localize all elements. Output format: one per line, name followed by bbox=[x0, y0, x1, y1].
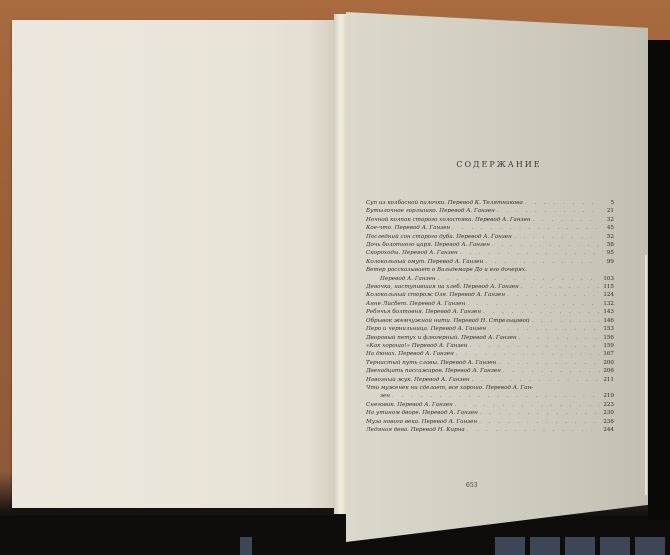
leader-dots: . . . . . . . . . . . . . . . . . . . . … bbox=[512, 233, 600, 241]
toc-entry-page: 230 bbox=[600, 409, 614, 417]
toc-entry: Суп из колбасной палочки. Перевод К. Тел… bbox=[366, 199, 614, 207]
toc-entry-title: Ночной колпак старого холостяка. Перевод… bbox=[366, 216, 531, 224]
toc-entry-page: 99 bbox=[600, 258, 614, 266]
toc-entry: Обрывок жемчужной нити. Перевод Н. Стрел… bbox=[366, 317, 614, 325]
toc-entry-title: Муза нового века. Перевод А. Ганзен bbox=[366, 418, 477, 426]
toc-entry: Что муженек ни сделает, все хорошо. Пере… bbox=[366, 384, 614, 392]
toc-entry-page: 236 bbox=[600, 418, 614, 426]
toc-entry: Ночной колпак старого холостяка. Перевод… bbox=[366, 216, 614, 224]
toc-entry: Колокольный сторож Оле. Перевод А. Ганзе… bbox=[366, 291, 614, 299]
leader-dots: . . . . . . . . . . . . . . . . . . . . … bbox=[501, 367, 600, 375]
leader-dots: . . . . . . . . . . . . . . . . . . . . … bbox=[483, 258, 600, 266]
leader-dots: . . . . . . . . . . . . . . . . . . . . … bbox=[470, 376, 600, 384]
toc-entry: Девочка, наступившая на хлеб. Перевод А.… bbox=[366, 283, 614, 291]
leader-dots: . . . . . . . . . . . . . . . . . . . . … bbox=[481, 308, 600, 316]
keyboard-key bbox=[495, 537, 525, 555]
leader-dots: . . . . . . . . . . . . . . . . . . . . … bbox=[450, 224, 600, 232]
toc-entry-title: Скороходы. Перевод А. Ганзен bbox=[366, 249, 458, 257]
toc-entry-title: На утином дворе. Перевод А. Ганзен bbox=[366, 409, 478, 417]
toc-entry: Перевод А. Ганзен . . . . . . . . . . . … bbox=[366, 275, 614, 283]
toc-title: СОДЕРЖАНИЕ bbox=[384, 160, 614, 169]
toc-entry: зен . . . . . . . . . . . . . . . . . . … bbox=[366, 392, 614, 400]
toc-entry-title: Последний сон старого дуба. Перевод А. Г… bbox=[366, 233, 512, 241]
leader-dots: . . . . . . . . . . . . . . . . . . . . … bbox=[505, 291, 600, 299]
toc-entry: Перо и чернильница. Перевод А. Ганзен . … bbox=[366, 325, 614, 333]
toc-entry-title: Суп из колбасной палочки. Перевод К. Тел… bbox=[366, 199, 523, 207]
toc-entry-page: 200 bbox=[600, 359, 614, 367]
toc-entry-page: 159 bbox=[600, 342, 614, 350]
leader-dots: . . . . . . . . . . . . . . . . . . . . … bbox=[530, 317, 601, 325]
leader-dots: . . . . . . . . . . . . . . . . . . . . … bbox=[531, 216, 600, 224]
keyboard-key bbox=[565, 537, 595, 555]
toc-entry-title: Навозный жук. Перевод А. Ганзен bbox=[366, 376, 470, 384]
toc-entry-title: «Как хорошо!» Перевод А. Ганзен bbox=[366, 342, 467, 350]
toc-entry-title: Перевод А. Ганзен bbox=[366, 275, 436, 283]
leader-dots: . . . . . . . . . . . . . . . . . . . . … bbox=[486, 325, 600, 333]
leader-dots: . . . . . . . . . . . . . . . . . . . . … bbox=[496, 359, 600, 367]
toc-entry-page: 219 bbox=[600, 392, 614, 400]
leader-dots: . . . . . . . . . . . . . . . . . . . . … bbox=[453, 401, 600, 409]
leader-dots: . . . . . . . . . . . . . . . . . . . . … bbox=[495, 207, 600, 215]
leader-dots: . . . . . . . . . . . . . . . . . . . . … bbox=[490, 241, 600, 249]
toc-entry-page: 223 bbox=[600, 401, 614, 409]
page-number: 653 bbox=[466, 482, 477, 489]
leader-dots: . . . . . . . . . . . . . . . . . . . . … bbox=[465, 300, 600, 308]
toc-entry-title: Анне Лисбет. Перевод А. Ганзен bbox=[366, 300, 465, 308]
toc-entry-page: 21 bbox=[600, 207, 614, 215]
toc-entry: Снеговик. Перевод А. Ганзен . . . . . . … bbox=[366, 401, 614, 409]
toc-entry-page: 52 bbox=[600, 233, 614, 241]
toc-entry: Тернистый путь славы. Перевод А. Ганзен … bbox=[366, 359, 614, 367]
toc-entry-title: Двенадцать пассажиров. Перевод А. Ганзен bbox=[366, 367, 501, 375]
toc-entry-page: 103 bbox=[600, 275, 614, 283]
toc-entry-title: Перо и чернильница. Перевод А. Ганзен bbox=[366, 325, 486, 333]
toc-entry-page: 143 bbox=[600, 308, 614, 316]
toc-entry: Дочь болотного царя. Перевод А. Ганзен .… bbox=[366, 241, 614, 249]
toc-entry-title: Снеговик. Перевод А. Ганзен bbox=[366, 401, 453, 409]
toc-entry-page: 58 bbox=[600, 241, 614, 249]
toc-entry: На утином дворе. Перевод А. Ганзен . . .… bbox=[366, 409, 614, 417]
toc-entry-page: 5 bbox=[600, 199, 614, 207]
leader-dots: . . . . . . . . . . . . . . . . . . . . … bbox=[477, 418, 600, 426]
toc-entry: На дюнах. Перевод А. Ганзен . . . . . . … bbox=[366, 350, 614, 358]
toc-entry-page: 153 bbox=[600, 325, 614, 333]
keyboard-key bbox=[600, 537, 630, 555]
toc-entry-title: Колокольный сторож Оле. Перевод А. Ганзе… bbox=[366, 291, 505, 299]
leader-dots: . . . . . . . . . . . . . . . . . . . . … bbox=[478, 409, 600, 417]
toc-entry-page: 115 bbox=[600, 283, 614, 291]
left-page-blank bbox=[12, 20, 334, 508]
toc-entry-title: Дворовый петух и флюгерный. Перевод А. Г… bbox=[366, 334, 517, 342]
toc-entry-title: На дюнах. Перевод А. Ганзен bbox=[366, 350, 454, 358]
leader-dots: . . . . . . . . . . . . . . . . . . . . … bbox=[465, 426, 600, 434]
toc-entry-page: 132 bbox=[600, 300, 614, 308]
toc-entry-page: 146 bbox=[600, 317, 614, 325]
toc-entry-page: 244 bbox=[600, 426, 614, 434]
toc-entry-page: 32 bbox=[600, 216, 614, 224]
leader-dots: . . . . . . . . . . . . . . . . . . . . … bbox=[390, 392, 600, 400]
toc-entry-title: Ветер рассказывает о Вальдемаре До и его… bbox=[366, 266, 527, 274]
leader-dots: . . . . . . . . . . . . . . . . . . . . … bbox=[436, 275, 600, 283]
toc-entry-page: 211 bbox=[600, 376, 614, 384]
toc-entry: Скороходы. Перевод А. Ганзен . . . . . .… bbox=[366, 249, 614, 257]
toc-entry-title: Обрывок жемчужной нити. Перевод Н. Стрел… bbox=[366, 317, 530, 325]
toc-entry-title: Бутылочное горлышко. Перевод А. Ганзен bbox=[366, 207, 495, 215]
toc-entry-page: 167 bbox=[600, 350, 614, 358]
toc-entry: Ветер рассказывает о Вальдемаре До и его… bbox=[366, 266, 614, 274]
toc-entry-title: Дочь болотного царя. Перевод А. Ганзен bbox=[366, 241, 490, 249]
toc-entry-title: Колокольный омут. Перевод А. Ганзен bbox=[366, 258, 483, 266]
toc-entry: Кое-что. Перевод А. Ганзен . . . . . . .… bbox=[366, 224, 614, 232]
leader-dots: . . . . . . . . . . . . . . . . . . . . … bbox=[458, 249, 600, 257]
toc-entry-page: 45 bbox=[600, 224, 614, 232]
leader-dots: . . . . . . . . . . . . . . . . . . . . … bbox=[519, 283, 600, 291]
table-of-contents: СОДЕРЖАНИЕ Суп из колбасной палочки. Пер… bbox=[366, 160, 614, 434]
toc-entry-page: 206 bbox=[600, 367, 614, 375]
keyboard-key bbox=[635, 537, 665, 555]
leader-dots: . . . . . . . . . . . . . . . . . . . . … bbox=[523, 199, 600, 207]
toc-entry-title: Тернистый путь славы. Перевод А. Ганзен bbox=[366, 359, 496, 367]
toc-entry-page: 95 bbox=[600, 249, 614, 257]
leader-dots: . . . . . . . . . . . . . . . . . . . . … bbox=[467, 342, 600, 350]
keyboard-key bbox=[240, 537, 252, 555]
toc-entry-title: Кое-что. Перевод А. Ганзен bbox=[366, 224, 450, 232]
book-gutter bbox=[334, 14, 348, 514]
keyboard-key bbox=[530, 537, 560, 555]
toc-entry: Дворовый петух и флюгерный. Перевод А. Г… bbox=[366, 334, 614, 342]
toc-entry: Последний сон старого дуба. Перевод А. Г… bbox=[366, 233, 614, 241]
toc-entry-title: Ребячья болтовня. Перевод А. Ганзен bbox=[366, 308, 481, 316]
page-edge bbox=[645, 255, 647, 495]
leader-dots: . . . . . . . . . . . . . . . . . . . . … bbox=[517, 334, 600, 342]
toc-entry: Ледяная дева. Перевод Н. Кирна . . . . .… bbox=[366, 426, 614, 434]
toc-entry: «Как хорошо!» Перевод А. Ганзен . . . . … bbox=[366, 342, 614, 350]
desk-shadow-right bbox=[648, 40, 670, 520]
leader-dots: . . . . . . . . . . . . . . . . . . . . … bbox=[454, 350, 600, 358]
toc-entry: Муза нового века. Перевод А. Ганзен . . … bbox=[366, 418, 614, 426]
toc-entry-page: 156 bbox=[600, 334, 614, 342]
toc-entry: Бутылочное горлышко. Перевод А. Ганзен .… bbox=[366, 207, 614, 215]
toc-entry: Колокольный омут. Перевод А. Ганзен . . … bbox=[366, 258, 614, 266]
toc-entry: Анне Лисбет. Перевод А. Ганзен . . . . .… bbox=[366, 300, 614, 308]
toc-entry-page: 124 bbox=[600, 291, 614, 299]
toc-entry-title: зен bbox=[366, 392, 390, 400]
toc-entry: Двенадцать пассажиров. Перевод А. Ганзен… bbox=[366, 367, 614, 375]
toc-entry: Ребячья болтовня. Перевод А. Ганзен . . … bbox=[366, 308, 614, 316]
toc-entry-title: Девочка, наступившая на хлеб. Перевод А.… bbox=[366, 283, 519, 291]
toc-entry: Навозный жук. Перевод А. Ганзен . . . . … bbox=[366, 376, 614, 384]
toc-entry-title: Что муженек ни сделает, все хорошо. Пере… bbox=[366, 384, 533, 392]
toc-list: Суп из колбасной палочки. Перевод К. Тел… bbox=[366, 199, 614, 434]
toc-entry-title: Ледяная дева. Перевод Н. Кирна bbox=[366, 426, 465, 434]
